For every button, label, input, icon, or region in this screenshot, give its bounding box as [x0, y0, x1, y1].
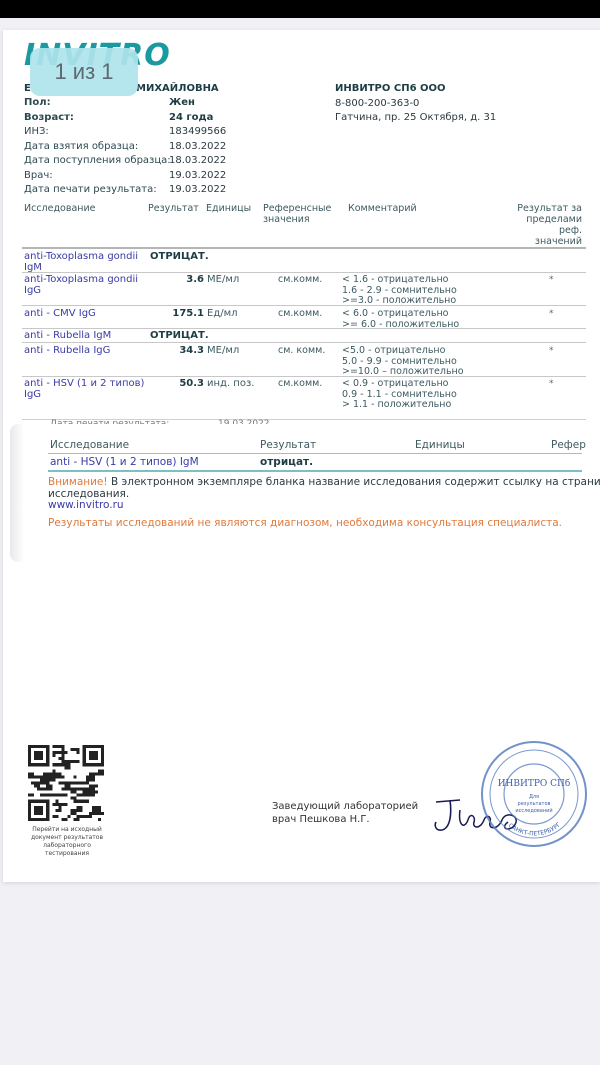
test-name-link[interactable]: anti-Toxoplasma gondiiIgM — [24, 251, 138, 273]
cut-label: Дата печати результата: — [50, 418, 169, 424]
patient-field-value: 19.03.2022 — [169, 170, 226, 182]
stamp-icon: ИНВИТРО СПб Для результатов исследований… — [478, 738, 590, 850]
row-divider — [22, 342, 586, 343]
patient-field-label: Возраст: — [24, 112, 74, 124]
patient-field-value: 18.03.2022 — [169, 141, 226, 153]
row-divider — [22, 328, 586, 329]
patient-field-value: 183499566 — [169, 126, 226, 138]
page-edge-shadow — [10, 424, 24, 562]
disclaimer: Результаты исследований не являются диаг… — [48, 517, 562, 529]
p2-header-units: Единицы — [415, 440, 465, 451]
out-of-range-flag: * — [549, 309, 554, 319]
out-of-range-flag: * — [549, 275, 554, 285]
test-name-link[interactable]: anti-Toxoplasma gondiiIgG — [24, 274, 138, 296]
patient-patronymic: МИХАЙЛОВНА — [136, 83, 219, 95]
patient-field-value: 19.03.2022 — [169, 184, 226, 196]
notice-text: В электронном экземпляре бланка название… — [108, 476, 600, 488]
units: инд. поз. — [207, 378, 254, 389]
signer-title: Заведующий лабораторией — [272, 800, 418, 813]
comment: < 6.0 - отрицательно>= 6.0 - положительн… — [342, 309, 459, 330]
cut-value: 19.03.2022 — [218, 418, 270, 424]
out-of-range-flag: * — [549, 346, 554, 356]
header-out-of-range: Результат за пределами реф. значений — [514, 203, 582, 247]
reference-values: см.комм. — [278, 378, 322, 389]
result-value: 34.3 — [140, 345, 204, 356]
svg-text:Для: Для — [529, 794, 539, 800]
p2-header-test: Исследование — [50, 440, 129, 451]
row-divider — [22, 376, 586, 377]
p2-header-ref: Рефер — [551, 440, 586, 451]
p2-test-link[interactable]: anti - HSV (1 и 2 типов) IgM — [50, 457, 199, 468]
test-name-link[interactable]: anti - Rubella IgM — [24, 330, 111, 341]
website-link[interactable]: www.invitro.ru — [48, 499, 124, 511]
header-ref: Референсные значения — [263, 203, 331, 225]
p2-header-divider — [48, 453, 582, 454]
row-divider — [22, 305, 586, 306]
comment: < 1.6 - отрицательно1.6 - 2.9 - сомнител… — [342, 275, 457, 307]
lab-address: Гатчина, пр. 25 Октября, д. 31 — [335, 112, 496, 124]
qr-code-icon[interactable] — [28, 745, 104, 821]
comment: < 0.9 - отрицательно0.9 - 1.1 - сомнител… — [342, 379, 457, 411]
patient-field-value: 24 года — [169, 112, 213, 124]
reference-values: см. комм. — [278, 345, 325, 356]
lab-name: ИНВИТРО СП6 ООО — [335, 83, 446, 95]
comment: <5.0 - отрицательно5.0 - 9.9 - сомнитель… — [342, 346, 464, 378]
patient-field-label: Дата взятия образца: — [24, 141, 138, 153]
svg-text:ИНВИТРО СПб: ИНВИТРО СПб — [498, 778, 571, 789]
header-result: Результат — [148, 203, 199, 214]
signer-name: врач Пешкова Н.Г. — [272, 813, 418, 826]
patient-field-label: Дата поступления образца: — [24, 155, 171, 167]
page-indicator: 1 из 1 — [30, 48, 138, 96]
patient-field-value: Жен — [169, 97, 195, 109]
units: МЕ/мл — [207, 274, 239, 285]
notice: Внимание! В электронном экземпляре бланк… — [48, 476, 600, 488]
result-value: 50.3 — [140, 378, 204, 389]
notice-prefix: Внимание! — [48, 476, 108, 488]
signer-block: Заведующий лабораторией врач Пешкова Н.Г… — [272, 800, 418, 826]
test-name-link[interactable]: anti - HSV (1 и 2 типов)IgG — [24, 378, 144, 400]
patient-field-label: ИНЗ: — [24, 126, 49, 138]
row-divider — [22, 272, 586, 273]
units: Ед/мл — [207, 308, 238, 319]
p2-row-divider — [48, 470, 582, 472]
header-test: Исследование — [24, 203, 96, 214]
patient-field-label: Врач: — [24, 170, 53, 182]
table-header-divider — [22, 247, 586, 249]
result-value: 175.1 — [140, 308, 204, 319]
test-name-link[interactable]: anti - Rubella IgG — [24, 345, 110, 356]
svg-text:результатов: результатов — [518, 801, 551, 807]
header-units: Единицы — [206, 203, 251, 214]
patient-field-label: Дата печати результата: — [24, 184, 157, 196]
svg-text:исследований: исследований — [515, 807, 552, 814]
patient-field-value: 18.03.2022 — [169, 155, 226, 167]
result-value: 3.6 — [140, 274, 204, 285]
status-bar — [0, 0, 600, 18]
reference-values: см.комм. — [278, 274, 322, 285]
result-value: ОТРИЦАТ. — [150, 330, 209, 341]
patient-field-label: Пол: — [24, 97, 51, 109]
header-comment: Комментарий — [348, 203, 417, 214]
result-value: ОТРИЦАТ. — [150, 251, 209, 262]
lab-phone: 8-800-200-363-0 — [335, 98, 419, 110]
qr-caption: Перейти на исходный документ результатов… — [22, 826, 112, 858]
test-name-link[interactable]: anti - CMV IgG — [24, 308, 96, 319]
out-of-range-flag: * — [549, 379, 554, 389]
reference-values: см.комм. — [278, 308, 322, 319]
p2-header-result: Результат — [260, 440, 316, 451]
p2-result: отрицат. — [260, 457, 313, 468]
units: МЕ/мл — [207, 345, 239, 356]
